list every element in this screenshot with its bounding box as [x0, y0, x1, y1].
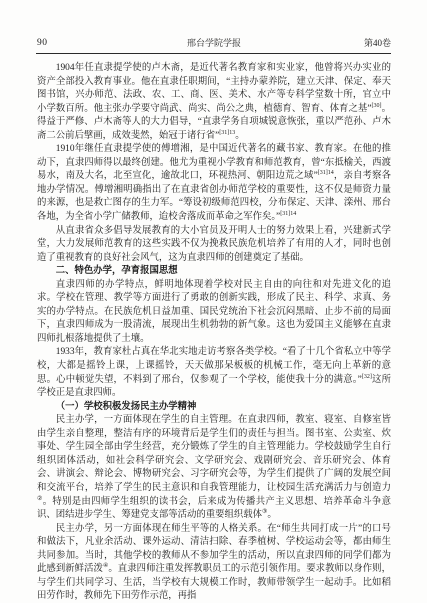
- citation-superscript: [30]: [372, 103, 382, 109]
- page-header: 90 邢台学院学报 第40卷: [37, 37, 391, 49]
- article-body: 1904年任直隶提学使的卢木斋，是近代著名教育家和实业家，他曾将兴办实业的资产全…: [37, 62, 391, 603]
- paragraph: 从直隶省众多倡导发展教育的大小官员及开明人士的努力效果上看，兴建新式学堂，大力发…: [37, 225, 391, 266]
- citation-superscript: [31]13: [219, 130, 235, 136]
- citation-superscript: ②: [37, 495, 43, 501]
- citation-superscript: [32]: [362, 373, 372, 379]
- volume-label: 第40卷: [364, 37, 391, 49]
- paragraph: 1910年继任直隶提学使的傅增湘，是中国近代著名的藏书家、教育家。在他的推动下，…: [37, 143, 391, 224]
- citation-superscript: [31]14: [280, 211, 296, 217]
- header-rule: [36, 53, 391, 54]
- paragraph: 1933年，教育家杜占真在华北实地走访考察各类学校。“看了十几个省私立中等学校，…: [37, 346, 391, 400]
- journal-page: 90 邢台学院学报 第40卷 1904年任直隶提学使的卢木斋，是近代著名教育家和…: [0, 0, 427, 603]
- journal-title: 邢台学院学报: [37, 37, 391, 49]
- paragraph: 直隶四师的办学特点，鲜明地体现着学校对民主自由的向往和对先进文化的追求。学校在管…: [37, 279, 391, 347]
- paragraph: 民主办学，一方面体现在学生的自主管理。在直隶四师，教室、寝室、自修室皆由学生亲自…: [37, 414, 391, 522]
- citation-superscript: ④: [103, 563, 108, 569]
- paragraph: 民主办学，另一方面体现在师生平等的人格关系。在“师生共同打成一片”的口号和做法下…: [37, 523, 391, 603]
- subsection-heading: （一）学校积极发扬民主办学精神: [37, 401, 391, 415]
- section-heading: 二、特色办学，孕育报国思想: [37, 265, 391, 279]
- paragraph: 1904年任直隶提学使的卢木斋，是近代著名教育家和实业家，他曾将兴办实业的资产全…: [37, 62, 391, 143]
- citation-superscript: ③: [262, 509, 267, 515]
- citation-superscript: [31]14: [318, 170, 334, 176]
